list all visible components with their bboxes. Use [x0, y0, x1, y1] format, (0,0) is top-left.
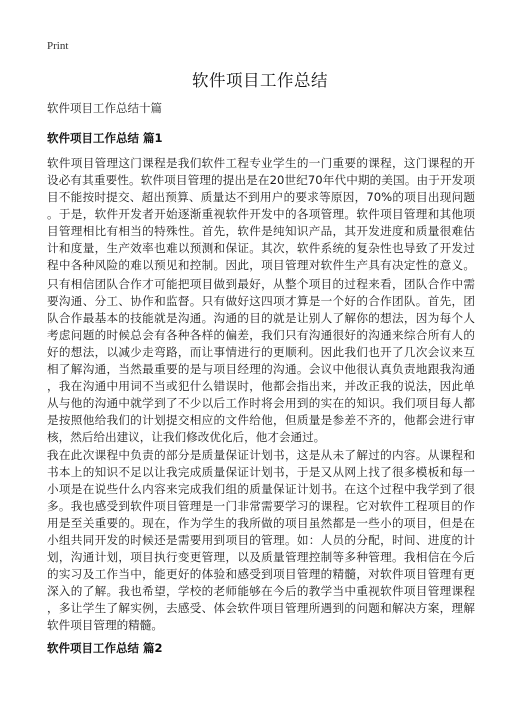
print-link[interactable]: Print	[47, 40, 68, 52]
document-title: 软件项目工作总结	[0, 67, 520, 91]
text-line: 软件项目管理这门课程是我们软件工程专业学生的一门重要的课程，这门课程的开	[47, 155, 475, 172]
text-line: 从与他的沟通中就学到了不少以后工作时将会用到的实在的知识。我们项目每人都	[47, 395, 475, 412]
text-line: 目不能按时提交、超出预算、质量达不到用户的要求等原因，70%的项目出现问题	[47, 189, 475, 206]
text-line: 的实习及工作当中，能更好的体验和感受到项目管理的精髓，对软件项目管理有更	[47, 566, 475, 583]
text-line: 小项是在说些什么内容来完成我们组的质量保证计划书。在这个过程中我学到了很	[47, 481, 475, 498]
text-line: 设必有其重要性。软件项目管理的提出是在20世纪70年代中期的美国。由于开发项	[47, 172, 475, 189]
text-line: 计和度量，生产效率也难以预测和保证。其次，软件系统的复杂性也导致了开发过	[47, 240, 475, 257]
text-line: 考虑问题的时候总会有各种各样的偏差，我们只有沟通很好的沟通来综合所有人的	[47, 327, 475, 344]
section-heading-1: 软件项目工作总结 篇1	[47, 130, 163, 146]
text-line: 相了解沟通，当然最重要的是与项目经理的沟通。会议中他很认真负责地跟我沟通	[47, 361, 475, 378]
text-line: 是按照他给我们的计划提交相应的文件给他，但质量是参差不齐的，他都会进行审	[47, 412, 475, 429]
text-line: 我在此次课程中负责的部分是质量保证计划书，这是从未了解过的内容。从课程和	[47, 447, 475, 464]
text-line: 好的想法，以减少走弯路，而让事情进行的更顺利。因此我们也开了几次会议来互	[47, 344, 475, 361]
text-line: ，我在沟通中用词不当或犯什么错误时，他都会指出来，并改正我的说法，因此单	[47, 378, 475, 395]
text-line: 划，沟通计划，项目执行变更管理，以及质量管理控制等多种管理。我相信在今后	[47, 549, 475, 566]
section-heading-2: 软件项目工作总结 篇2	[47, 640, 163, 656]
text-line last: 软件项目管理的精髓。	[47, 617, 475, 634]
paragraph-1: 软件项目管理这门课程是我们软件工程专业学生的一门重要的课程，这门课程的开 设必有…	[47, 155, 475, 274]
text-line: 书本上的知识不足以让我完成质量保证计划书，于是又从网上找了很多模板和每一	[47, 464, 475, 481]
paragraph-3: 我在此次课程中负责的部分是质量保证计划书，这是从未了解过的内容。从课程和 书本上…	[47, 447, 475, 634]
text-line: 目管理相比有相当的特殊性。首先，软件是纯知识产品，其开发进度和质量很难估	[47, 223, 475, 240]
text-line: 要沟通、分工、协作和监督。只有做好这四项才算是一个好的合作团队。首先，团	[47, 293, 475, 310]
text-line: 队合作最基本的技能就是沟通。沟通的目的就是让别人了解你的想法，因为每个人	[47, 310, 475, 327]
text-line: 程中各种风险的难以预见和控制。因此，项目管理对软件生产具有决定性的意义。	[47, 257, 475, 274]
text-line: 用是至关重要的。现在，作为学生的我所做的项目虽然都是一些小的项目，但是在	[47, 515, 475, 532]
text-line: 。于是，软件开发者开始逐渐重视软件开发中的各项管理。软件项目管理和其他项	[47, 206, 475, 223]
text-line: 多。我也感受到软件项目管理是一门非常需要学习的课程。它对软件工程项目的作	[47, 498, 475, 515]
text-line: ，多让学生了解实例，去感受、体会软件项目管理所遇到的问题和解决方案，理解	[47, 600, 475, 617]
text-line: 小组共同开发的时候还是需要用到项目的管理。如：人员的分配，时间、进度的计	[47, 532, 475, 549]
paragraph-2: 只有相信团队合作才可能把项目做到最好，从整个项目的过程来看，团队合作中需 要沟通…	[47, 276, 475, 446]
text-line: 深入的了解。我也希望，学校的老师能够在今后的教学当中重视软件项目管理课程	[47, 583, 475, 600]
text-line last: 核，然后给出建议，让我们修改优化后，他才会通过。	[47, 429, 475, 446]
text-line: 只有相信团队合作才可能把项目做到最好，从整个项目的过程来看，团队合作中需	[47, 276, 475, 293]
document-subtitle: 软件项目工作总结十篇	[47, 100, 162, 116]
